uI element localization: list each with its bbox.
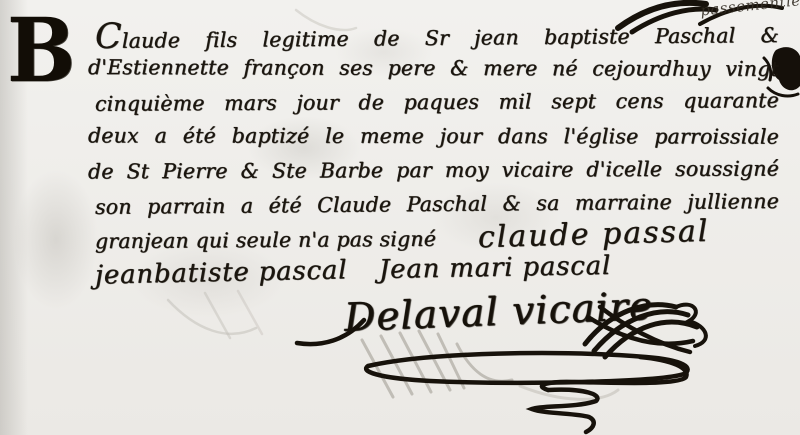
record-line: deux a été baptizé le meme jour dans l'é… [88,118,779,153]
record-line: d'Estiennette françon ses pere & mere né… [88,50,779,86]
record-line: de St Pierre & Ste Barbe par moy vicaire… [88,151,779,188]
signature-jean-mari-pascal: Jean mari pascal [379,248,612,288]
record-text-block: Claude fils legitime de Sr jean baptiste… [95,17,779,289]
record-line: cinquième mars jour de paques mil sept c… [95,83,779,121]
manuscript-page: B passementier Claude fils legitime de S… [0,0,800,435]
signature-underline-flourish [366,353,687,432]
record-line-with-signature: granjean qui seule n'a pas signé claude … [95,221,779,255]
signature-delaval-vicaire: Delaval vicaire [343,284,654,342]
illuminated-initial-b: B [7,10,75,91]
witness-signature-row: jeanbatiste pascal Jean mari pascal [95,255,779,289]
signature-jeanbatiste-pascal: jeanbatiste pascal [95,252,348,293]
record-line: Claude fils legitime de Sr jean baptiste… [95,14,779,54]
